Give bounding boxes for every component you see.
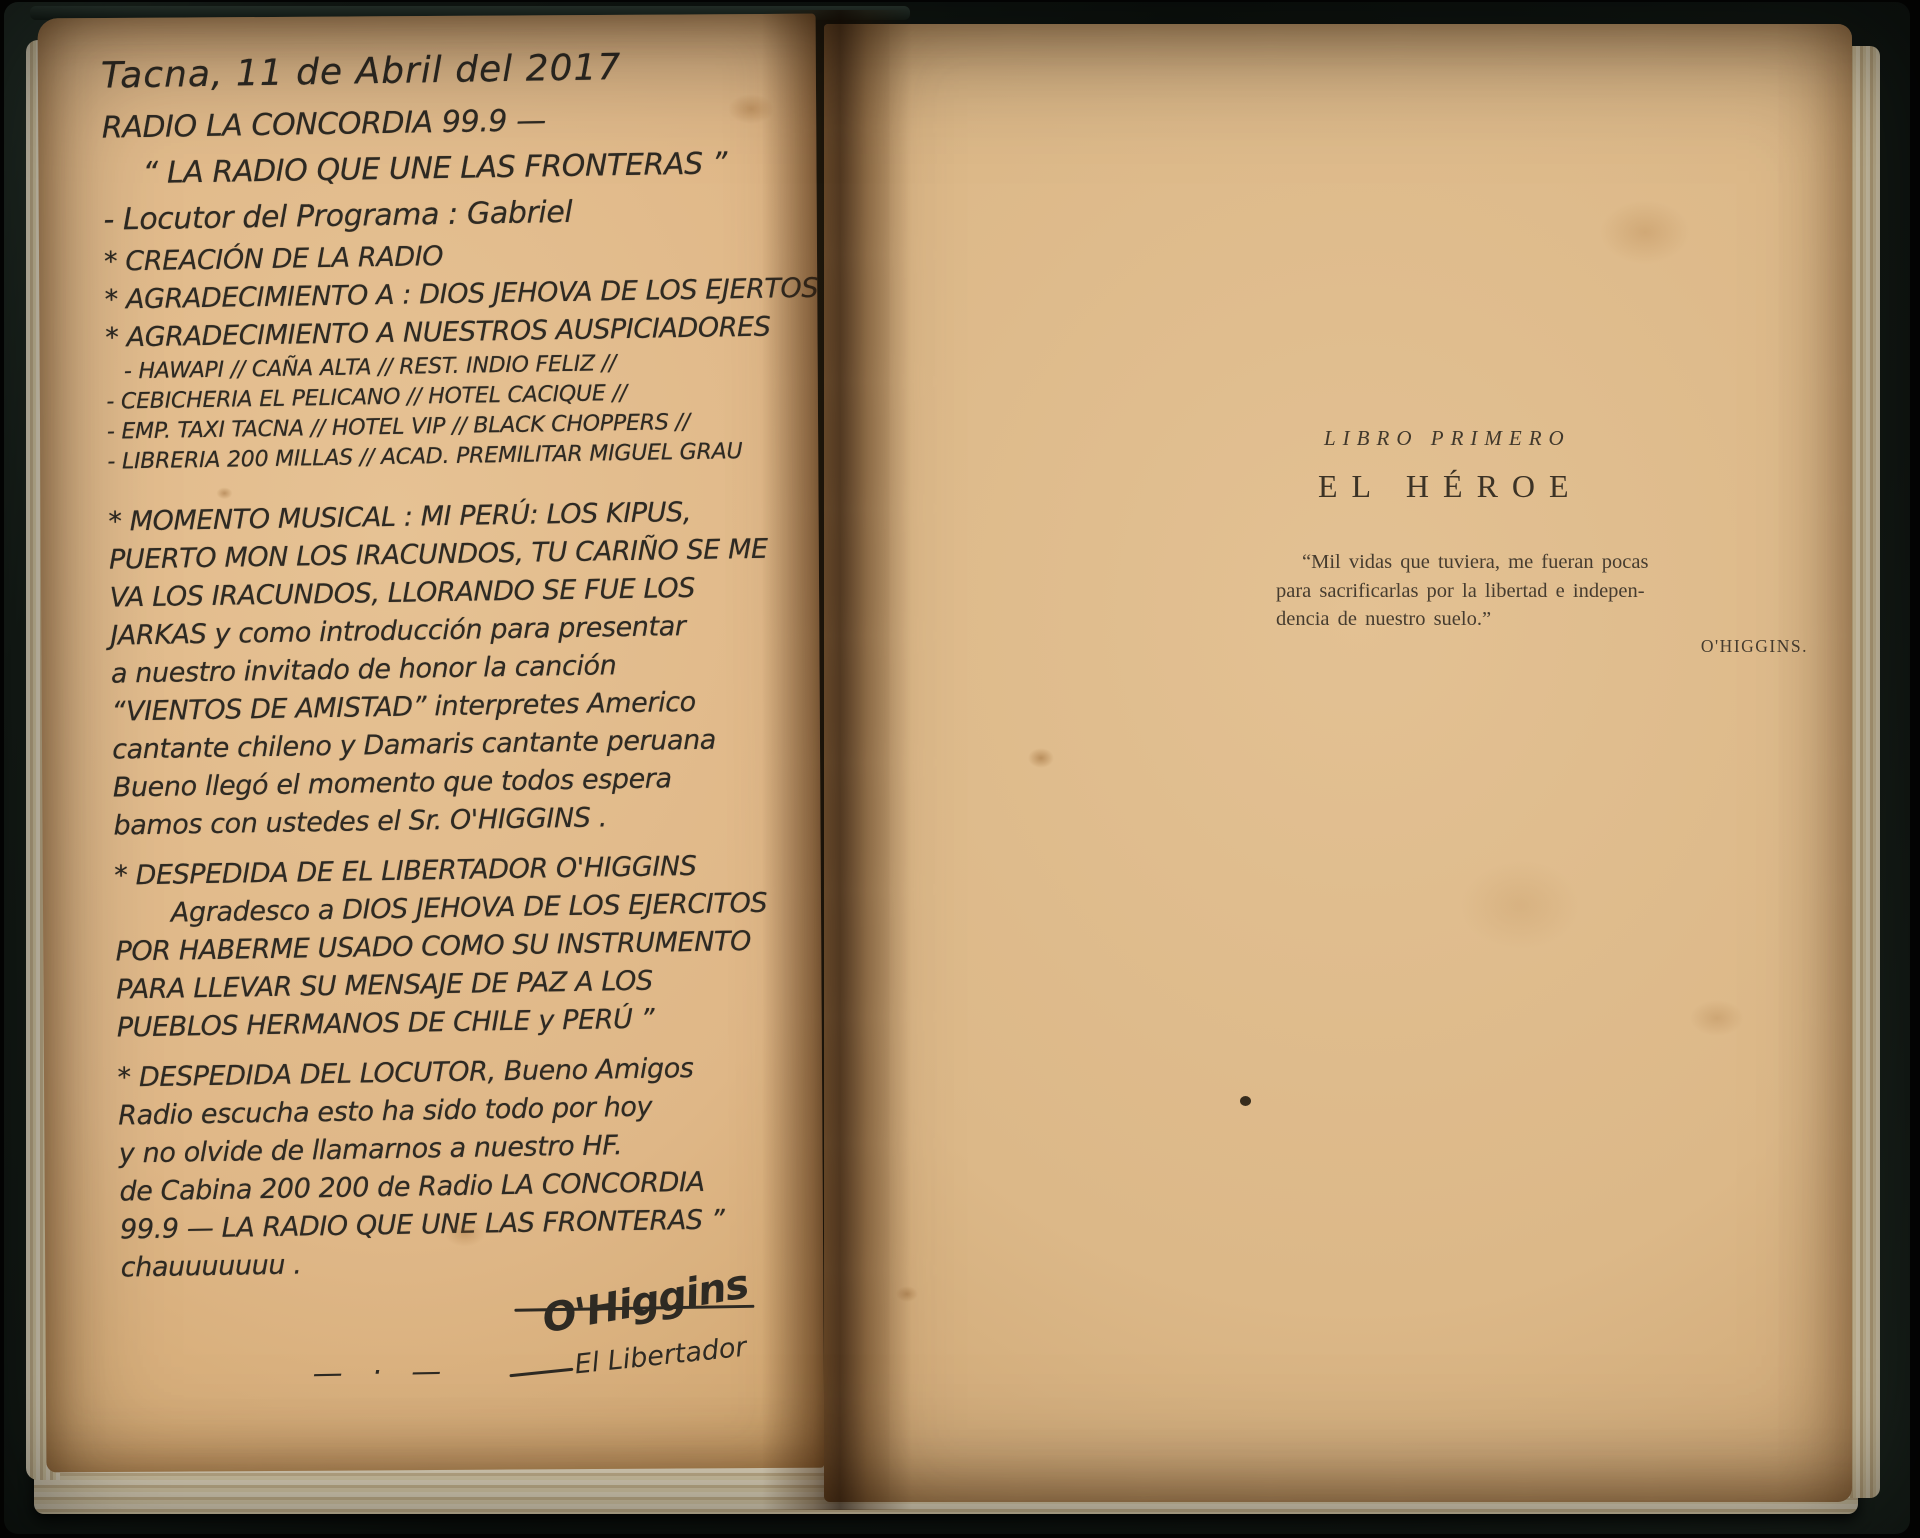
end-marks: — · — <box>312 1354 451 1391</box>
chapter-title: EL HÉROE <box>1318 468 1583 505</box>
epigraph-attribution: O'HIGGINS. <box>1276 636 1860 657</box>
book-part-kicker: LIBRO PRIMERO <box>1324 426 1571 451</box>
signature-el-libertador: El Libertador <box>573 1332 748 1381</box>
epigraph-quote: “Mil vidas que tuviera, me fueran pocas … <box>1276 548 1860 634</box>
left-page: Tacna, 11 de Abril del 2017 RADIO LA CON… <box>38 14 825 1473</box>
right-page: LIBRO PRIMERO EL HÉROE “Mil vidas que tu… <box>824 24 1852 1502</box>
epigraph-line: dencia de nuestro suelo.” <box>1276 605 1860 634</box>
epigraph-line: para sacrificarlas por la libertad e ind… <box>1276 577 1860 606</box>
signature-block: — · — O'Higgins El Libertador <box>121 1282 813 1423</box>
epigraph-line: “Mil vidas que tuviera, me fueran pocas <box>1276 548 1860 577</box>
handwritten-text-block: Tacna, 11 de Abril del 2017 RADIO LA CON… <box>101 36 814 1423</box>
book-photograph: Tacna, 11 de Abril del 2017 RADIO LA CON… <box>0 0 1920 1538</box>
